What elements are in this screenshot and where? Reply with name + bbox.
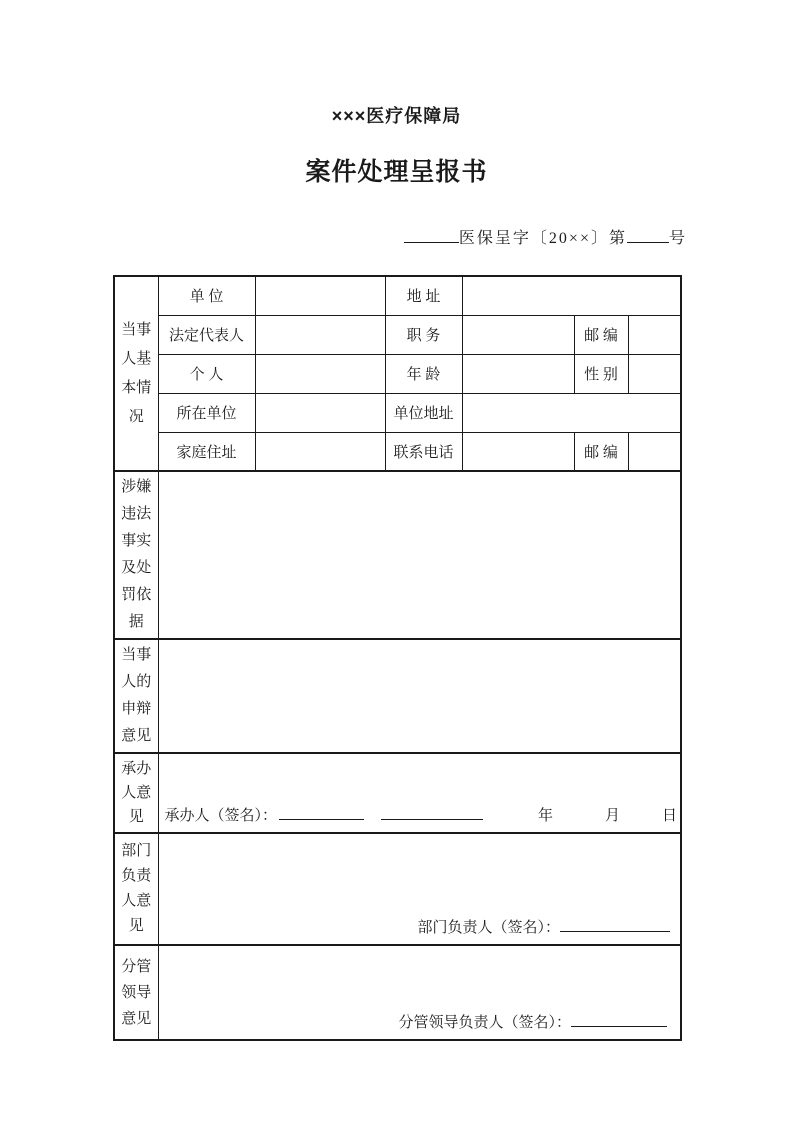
postcode-input[interactable] [628,315,681,354]
document-page: ×××医疗保障局 案件处理呈报书 医保呈字〔20××〕第号 当事人基本情况 单 … [0,102,793,1041]
home-address-label: 家庭住址 [158,432,255,471]
age-input[interactable] [462,354,574,393]
legal-rep-label: 法定代表人 [158,315,255,354]
party-info-section-label: 当事人基本情况 [114,276,158,471]
doc-number-blank-num[interactable] [627,227,669,243]
defense-opinion-area[interactable] [158,639,681,753]
address-label: 地 址 [385,276,462,315]
leader-opinion-area[interactable]: 分管领导负责人（签名）： [158,945,681,1040]
work-unit-label: 所在单位 [158,393,255,432]
handler-opinion-label: 承办人意见 [114,753,158,833]
handler-signature-line: 承办人（签名）：年月日 [165,804,675,830]
agency-name: ×××医疗保障局 [0,102,793,128]
leader-opinion-label: 分管领导意见 [114,945,158,1040]
dept-head-opinion-area[interactable]: 部门负责人（签名）： [158,833,681,945]
handler-signature-blank-2[interactable] [381,805,483,820]
gender-label: 性 别 [574,354,628,393]
doc-number-blank-lead[interactable] [404,227,459,243]
individual-input[interactable] [255,354,385,393]
phone-label: 联系电话 [385,432,462,471]
unit-address-input[interactable] [462,393,681,432]
defense-opinion-label: 当事人的申辩意见 [114,639,158,753]
dept-head-signature-line: 部门负责人（签名）： [165,916,675,942]
legal-rep-input[interactable] [255,315,385,354]
age-label: 年 龄 [385,354,462,393]
address-input[interactable] [462,276,681,315]
handler-sign-label: 承办人（签名）： [165,808,278,824]
document-title: 案件处理呈报书 [0,152,793,188]
position-input[interactable] [462,315,574,354]
date-year-label: 年 [538,808,553,824]
handler-signature-blank-1[interactable] [279,805,364,820]
phone-input[interactable] [462,432,574,471]
handler-opinion-area[interactable]: 承办人（签名）：年月日 [158,753,681,833]
unit-address-label: 单位地址 [385,393,462,432]
leader-sign-label: 分管领导负责人（签名）： [399,1015,572,1031]
case-report-form-table: 当事人基本情况 单 位 地 址 法定代表人 职 务 邮 编 个 人 年 龄 性 … [113,275,682,1041]
doc-number-prefix: 医保呈字〔20××〕第 [459,230,627,247]
date-day-label: 日 [662,808,677,824]
violation-facts-area[interactable] [158,471,681,639]
violation-facts-label: 涉嫌违法事实及处罚依据 [114,471,158,639]
document-number-line: 医保呈字〔20××〕第号 [0,225,687,248]
unit-label: 单 位 [158,276,255,315]
individual-label: 个 人 [158,354,255,393]
postcode-label: 邮 编 [574,315,628,354]
postcode2-input[interactable] [628,432,681,471]
dept-head-sign-label: 部门负责人（签名）： [418,920,561,936]
dept-head-signature-blank[interactable] [560,917,670,932]
postcode2-label: 邮 编 [574,432,628,471]
date-month-label: 月 [605,808,620,824]
work-unit-input[interactable] [255,393,385,432]
home-address-input[interactable] [255,432,385,471]
unit-input[interactable] [255,276,385,315]
position-label: 职 务 [385,315,462,354]
doc-number-suffix: 号 [669,230,687,247]
leader-signature-line: 分管领导负责人（签名）： [165,1011,675,1037]
dept-head-opinion-label: 部门负责人意见 [114,833,158,945]
gender-input[interactable] [628,354,681,393]
leader-signature-blank[interactable] [571,1012,667,1027]
